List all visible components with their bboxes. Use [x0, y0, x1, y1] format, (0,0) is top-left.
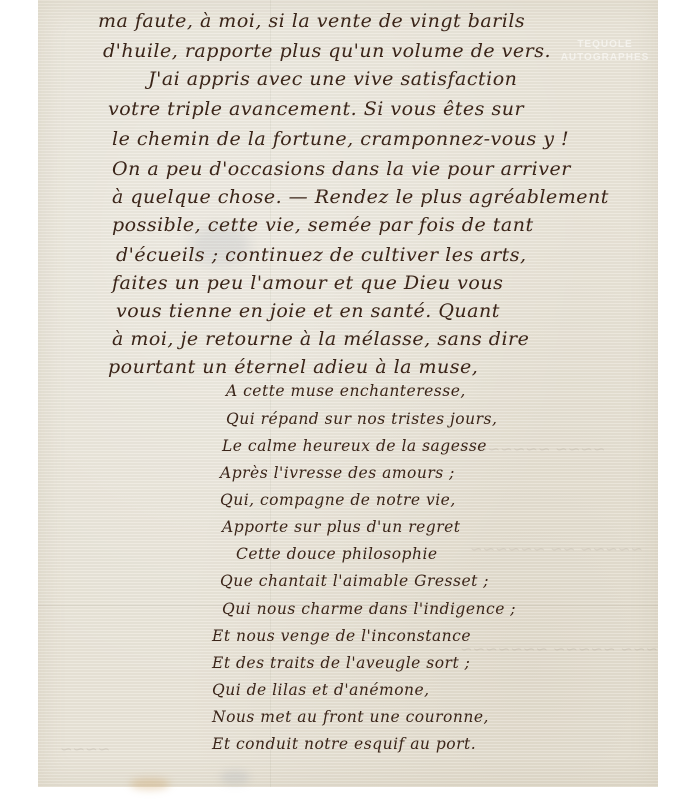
verse-line: Le calme heureux de la sagesse: [222, 437, 487, 455]
prose-line: à moi, je retourne à la mélasse, sans di…: [112, 328, 529, 350]
prose-line: d'huile, rapporte plus qu'un volume de v…: [103, 40, 551, 62]
verse-line: Qui de lilas et d'anémone,: [212, 681, 430, 699]
bleed-through-text: ~~~~~ ~~ ~~~~~~: [470, 540, 643, 558]
bleed-through-text: ~~~~: [60, 740, 110, 758]
verse-line: Et des traits de l'aveugle sort ;: [212, 654, 470, 672]
prose-line: votre triple avancement. Si vous êtes su…: [108, 98, 524, 120]
prose-line: On a peu d'occasions dans la vie pour ar…: [112, 158, 571, 180]
verse-line: Et nous venge de l'inconstance: [212, 627, 471, 645]
bleed-through-text: ~~~ ~~~~~ ~~~~~~~: [460, 640, 658, 658]
watermark: TEQUOLE AUTOGRAPHES: [560, 38, 650, 64]
verse-line: A cette muse enchanteresse,: [226, 382, 466, 400]
prose-line: vous tienne en joie et en santé. Quant: [116, 300, 500, 322]
verse-line: Qui nous charme dans l'indigence ;: [222, 600, 516, 618]
verse-line: Nous met au front une couronne,: [212, 708, 489, 726]
prose-line: J'ai appris avec une vive satisfaction: [148, 68, 517, 90]
prose-line: à quelque chose. — Rendez le plus agréab…: [112, 186, 609, 208]
verse-line: Cette douce philosophie: [236, 545, 438, 563]
prose-line: faites un peu l'amour et que Dieu vous: [112, 272, 503, 294]
verse-line: Qui, compagne de notre vie,: [220, 491, 456, 509]
verse-line: Qui répand sur nos tristes jours,: [226, 410, 497, 428]
verse-line: Que chantait l'aimable Gresset ;: [220, 572, 489, 590]
verse-line: Après l'ivresse des amours ;: [220, 464, 455, 482]
ink-stain: [220, 770, 250, 785]
prose-line: le chemin de la fortune, cramponnez-vous…: [112, 128, 569, 150]
foxing-stain: [130, 778, 170, 790]
prose-line: pourtant un éternel adieu à la muse,: [108, 356, 478, 378]
prose-line: possible, cette vie, semée par fois de t…: [112, 214, 534, 236]
verse-line: Et conduit notre esquif au port.: [212, 735, 476, 753]
prose-line: d'écueils ; continuez de cultiver les ar…: [116, 244, 527, 266]
verse-line: Apporte sur plus d'un regret: [222, 518, 461, 536]
prose-line: ma faute, à moi, si la vente de vingt ba…: [98, 10, 525, 32]
